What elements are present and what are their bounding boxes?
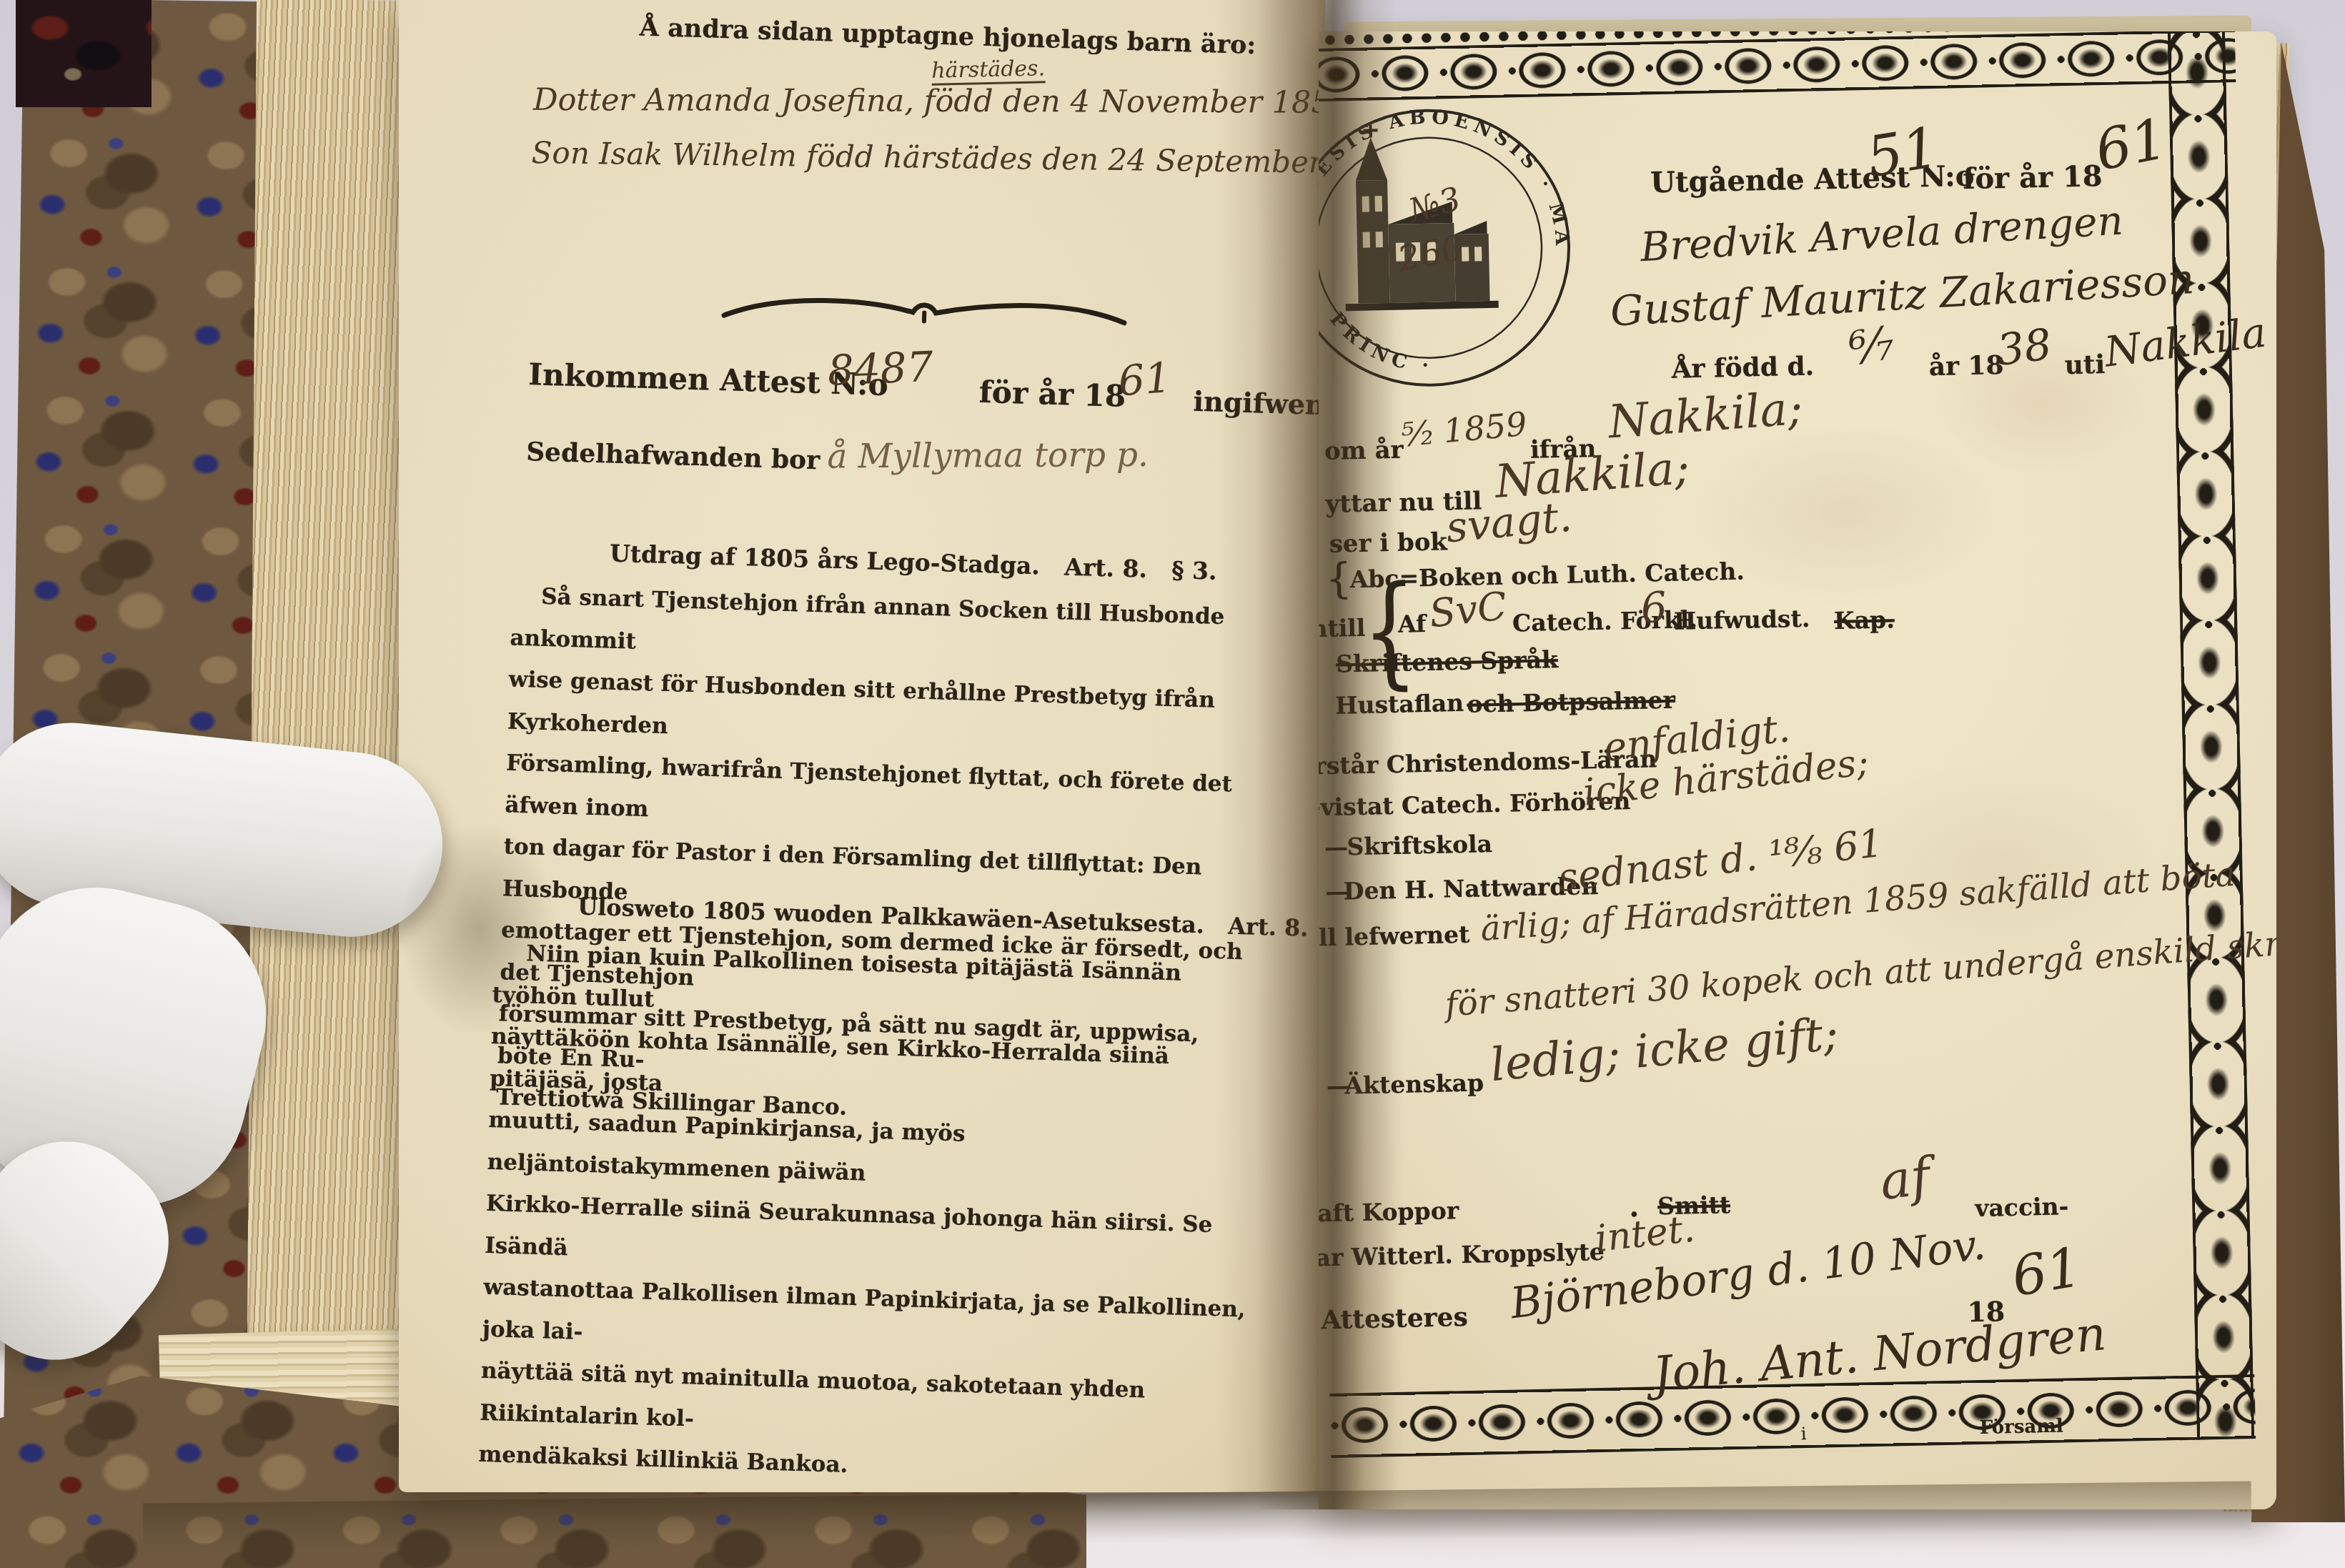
forkl-label: Catech. Förkl. bbox=[1512, 605, 1698, 637]
utgaende-attest-no: 51 bbox=[1863, 115, 1943, 190]
left-cover-top-dark-marble bbox=[16, 0, 152, 107]
af-value: SvC bbox=[1427, 583, 1509, 636]
born-day: ⁶⁄₇ bbox=[1846, 317, 1898, 376]
signature-note-i: i bbox=[1801, 1424, 1807, 1444]
born-place: Nakkila bbox=[2102, 308, 2269, 377]
finnish-section-paragraph: Niin pian kuin Palkollinen toisesta pitä… bbox=[478, 932, 1259, 1492]
left-header: Å andra sidan upptagne hjonelags barn är… bbox=[639, 12, 1256, 60]
residence-label: Sedelhafwanden bor bbox=[526, 437, 820, 475]
born-year-label: år 18 bbox=[1928, 350, 2004, 382]
born-year: 38 bbox=[1994, 319, 2055, 376]
child-annotation: härstädes. bbox=[931, 56, 1046, 86]
utgaende-attest-year-label: för år 18 bbox=[1963, 159, 2103, 196]
attested-year-hw: 61 bbox=[2008, 1235, 2086, 1309]
inkommen-attest-year: 61 bbox=[1116, 353, 1173, 405]
residence-value: å Myllymaa torp p. bbox=[827, 435, 1149, 476]
seal-handwritten-number: №3 bbox=[1403, 179, 1464, 231]
left-page-content: Å andra sidan upptagne hjonelags barn är… bbox=[399, 0, 1325, 1492]
defect-value: intet. bbox=[1593, 1207, 1697, 1261]
inkommen-attest-year-label: för år 18 bbox=[978, 374, 1126, 414]
right-page: DECESIS ABOENSIS · MAGN PRINC · FINL bbox=[1319, 31, 2276, 1509]
born-in-label: uti bbox=[2064, 349, 2105, 380]
swedish-section-heading: Utdrag af 1805 års Lego-Stadga. Art. 8. … bbox=[609, 540, 1217, 585]
arrived-place: Nakkila; bbox=[1607, 382, 1805, 450]
left-page: Å andra sidan upptagne hjonelags barn är… bbox=[399, 0, 1325, 1492]
hufwudst-label: Hufwudst. bbox=[1674, 605, 1810, 635]
born-label: År född d. bbox=[1671, 352, 1814, 384]
right-page-content: DECESIS ABOENSIS · MAGN PRINC · FINL bbox=[1319, 31, 2276, 1509]
botpsalmer-struck: och Botpsalmer bbox=[1467, 686, 1675, 718]
smallpox-af-hw: af bbox=[1876, 1146, 1933, 1211]
kap-label-struck: Kap. bbox=[1834, 605, 1895, 635]
utgaende-attest-year: 61 bbox=[2090, 106, 2172, 184]
attested-place-date: Björneborg d. 10 Nov. bbox=[1507, 1219, 1988, 1329]
child-line-1: Dotter Amanda Josefina, född den 4 Novem… bbox=[533, 82, 1325, 121]
inkommen-attest-no: 8487 bbox=[827, 342, 934, 395]
reads-value: svagt. bbox=[1444, 492, 1573, 552]
chapters-value: 6 bbox=[1639, 582, 1670, 633]
signature-note: Församl bbox=[1979, 1416, 2063, 1439]
left-page-fold-shade bbox=[1218, 0, 1325, 1492]
marriage-value: ledig; icke gift; bbox=[1488, 1008, 1840, 1092]
person-name-line-1: Bredvik Arvela drengen bbox=[1639, 198, 2124, 272]
border-right-band bbox=[2168, 31, 2254, 1440]
right-page-gutter-shade bbox=[1319, 31, 1404, 1509]
child-line-2: Son Isak Wilhelm född härstädes den 24 S… bbox=[531, 135, 1325, 182]
flourish-divider bbox=[718, 285, 1134, 340]
photo-of-church-record-book: Å andra sidan upptagne hjonelags barn är… bbox=[0, 0, 2345, 1568]
vaccine-label: vaccin- bbox=[1975, 1192, 2069, 1222]
arrived-date: ⁵⁄₂ 1859 bbox=[1399, 405, 1528, 455]
